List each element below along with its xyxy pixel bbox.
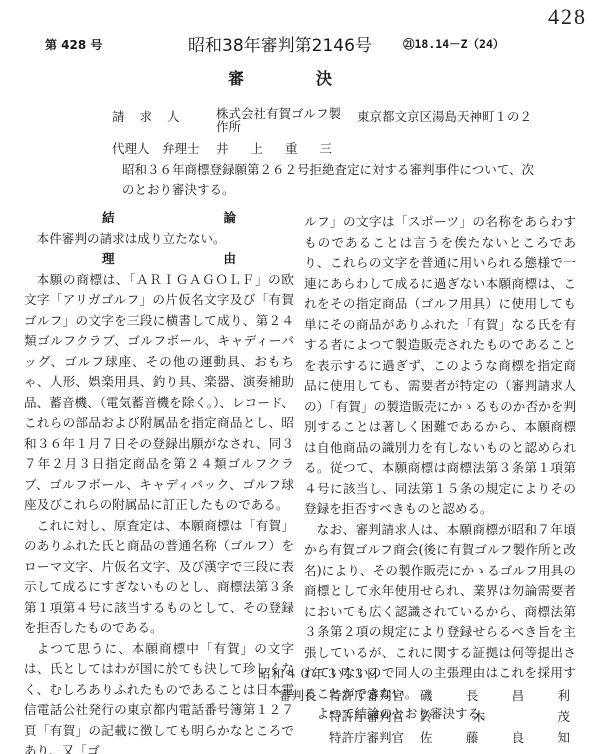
judge-name-char: 茂 [557,707,570,725]
judge-title: 特許庁審判官 [329,686,404,704]
conclusion-heading-left: 結 [102,208,115,229]
judge-name-char: 利 [557,686,570,704]
requester-name-line2: 作所 [216,120,341,133]
judge-name-char: 知 [557,728,570,746]
judge-name-char: 木 [473,707,486,725]
decision-heading: 審 決 [228,66,360,89]
judge-name-char: 鈴 [420,707,433,725]
judge-name-char: 磯 [420,686,433,704]
issue-number: 第 428 号 [45,36,102,53]
chief-judge-label: 審判長 [279,686,317,704]
requester-label: 請求人 [112,107,195,125]
conclusion-heading-right: 論 [223,208,236,229]
agent-label: 代理人 弁理士 [112,139,200,157]
judge-name-char: 長 [466,686,479,704]
reason-paragraph: これに対し、原査定は、本願商標は「有賀」のありふれた氏と商品の普通名称（ゴルフ）… [24,516,294,639]
judge-name-char: 佐 [420,728,433,746]
judge-title: 特許庁審判官 [329,728,404,746]
intro-paragraph: 昭和３６年商標登録願第２６２号拒絶査定に対する審判事件について、次のとおり審決す… [122,160,542,200]
page-number: 428 [548,4,587,30]
body-column-left: 結 論 本件審判の請求は成り立たない。 理 由 本願の商標は、「ＡＲＩＧＡＧＯＬ… [24,208,294,754]
reason-paragraph: 本願の商標は、「ＡＲＩＧＡＧＯＬＦ」の欧文字「アリガゴルフ」の片仮名文字及び「有… [24,270,294,516]
requester-name: 株式会社有賀ゴルフ製 作所 [216,107,341,133]
judge-name-char: 昌 [512,686,525,704]
conclusion-text: 本件審判の請求は成り立たない。 [24,229,294,250]
requester-address: 東京都文京区湯島天神町１の２ [357,107,532,125]
reason-paragraph: よつて思うに、本願商標中「有賀」の文字は、氏としてはわが国に於ても決して珍しくな… [24,639,294,754]
reasons-heading: 理 由 [24,249,294,270]
judge-name: 佐 藤 良 知 [420,728,570,746]
reason-paragraph-continued: ルフ」の文字は「スポーツ」の名称をあらわすものであることは言うを俟たないところで… [304,212,576,520]
judge-name: 磯 長 昌 利 [420,686,570,704]
classification-code: ㉑18.14－Z（24） [403,36,504,52]
case-title: 昭和38年審判第2146号 [188,31,372,56]
judge-name-char: 良 [512,728,525,746]
judge-name: 鈴 木 茂 [420,707,570,725]
agent-name: 井上重三 [216,139,354,157]
judge-title: 特許庁審判官 [329,707,404,725]
decision-date: 昭和４０年３月３日 [258,664,380,682]
judge-name-char [515,707,527,725]
conclusion-heading: 結 論 [24,208,294,229]
body-column-right: ルフ」の文字は「スポーツ」の名称をあらわすものであることは言うを俟たないところで… [304,212,576,725]
reasons-heading-left: 理 [102,249,115,270]
reasons-heading-right: 由 [223,249,236,270]
judge-name-char: 藤 [466,728,479,746]
